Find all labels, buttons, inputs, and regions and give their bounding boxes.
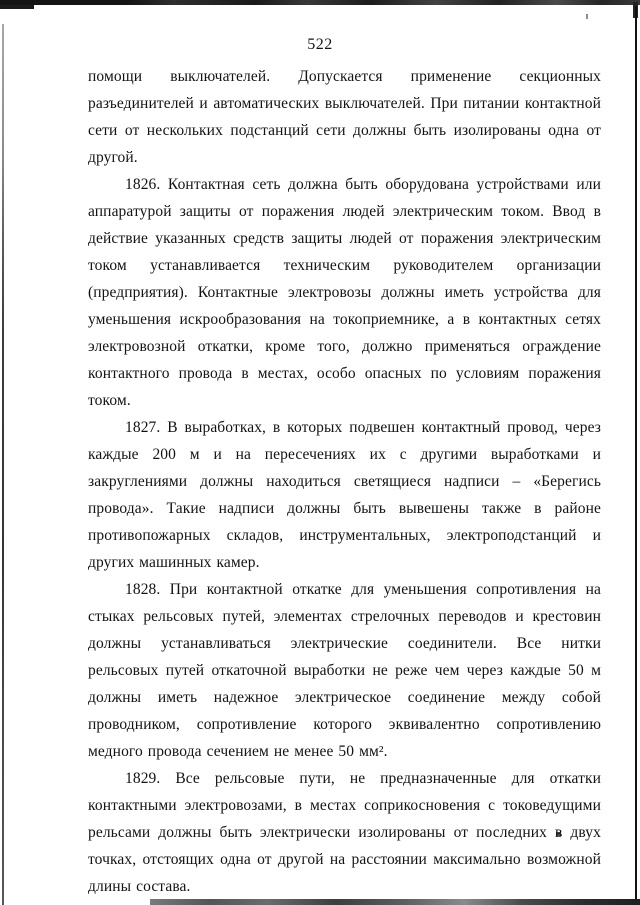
ink-tick [586,14,588,19]
scan-edge-top-notch [0,5,34,9]
paragraph-1828: 1828. При контактной откатке для уменьше… [88,576,601,765]
document-body: помощи выключателей. Допускается примене… [88,63,601,900]
document-page: 522 помощи выключателей. Допускается при… [0,0,640,905]
scan-edge-top [0,0,640,5]
paragraph-continuation: помощи выключателей. Допускается примене… [88,63,601,171]
paragraph-1826: 1826. Контактная сеть должна быть оборуд… [88,171,601,414]
paragraph-1827: 1827. В выработках, в которых подвешен к… [88,414,601,576]
paragraph-1829: 1829. Все рельсовые пути, не предназначе… [88,765,601,900]
scan-edge-right [635,6,637,899]
page-number: 522 [0,36,640,54]
scan-edge-left [2,24,4,905]
